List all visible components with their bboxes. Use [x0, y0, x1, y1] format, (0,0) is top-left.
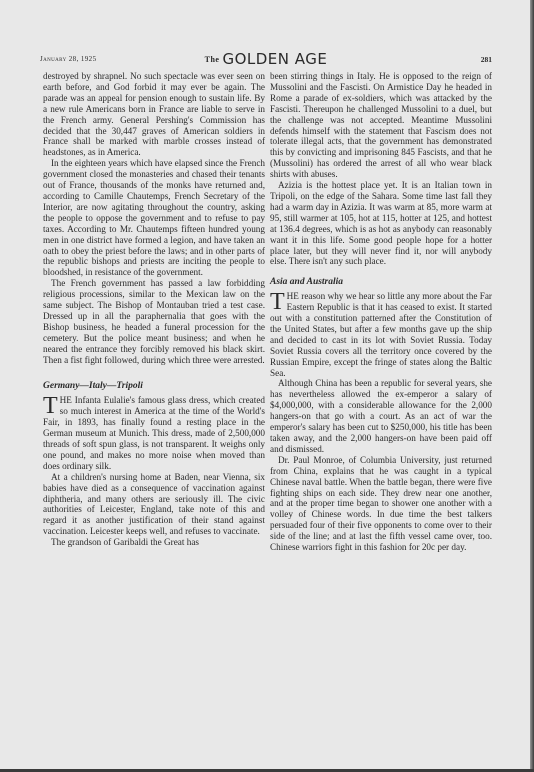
paragraph: At a children's nursing home at Baden, n… — [43, 472, 265, 537]
section-heading: Asia and Australia — [270, 277, 492, 288]
drop-cap: T — [270, 292, 285, 312]
paragraph: In the eighteen years which have elapsed… — [43, 158, 265, 278]
paragraph: been stirring things in Italy. He is opp… — [270, 71, 492, 180]
page-number: 281 — [481, 55, 492, 64]
paragraph: Dr. Paul Monroe, of Columbia University,… — [270, 455, 492, 553]
paragraph-text: HE Infanta Eulalie's famous glass dress,… — [43, 395, 265, 470]
section-heading: Germany—Italy—Tripoli — [43, 381, 265, 392]
paragraph: Although China has been a republic for s… — [270, 378, 492, 454]
paragraph-text: HE reason why we hear so little any more… — [270, 291, 492, 377]
right-column: been stirring things in Italy. He is opp… — [270, 71, 492, 553]
scan-edge-right — [530, 0, 534, 772]
paragraph: THE reason why we hear so little any mor… — [270, 291, 492, 378]
masthead-title: TheGOLDEN AGE — [40, 50, 492, 68]
left-column: destroyed by shrapnel. No such spectacle… — [43, 71, 265, 548]
page-header: January 28, 1925 TheGOLDEN AGE 281 — [40, 52, 492, 68]
masthead-name: GOLDEN AGE — [222, 50, 327, 68]
drop-cap: T — [43, 396, 58, 416]
masthead-prefix: The — [205, 55, 220, 64]
paragraph: Azizia is the hottest place yet. It is a… — [270, 180, 492, 267]
paragraph: The grandson of Garibaldi the Great has — [43, 537, 265, 548]
paragraph: destroyed by shrapnel. No such spectacle… — [43, 71, 265, 158]
paragraph: THE Infanta Eulalie's famous glass dress… — [43, 395, 265, 471]
paragraph: The French government has passed a law f… — [43, 278, 265, 365]
